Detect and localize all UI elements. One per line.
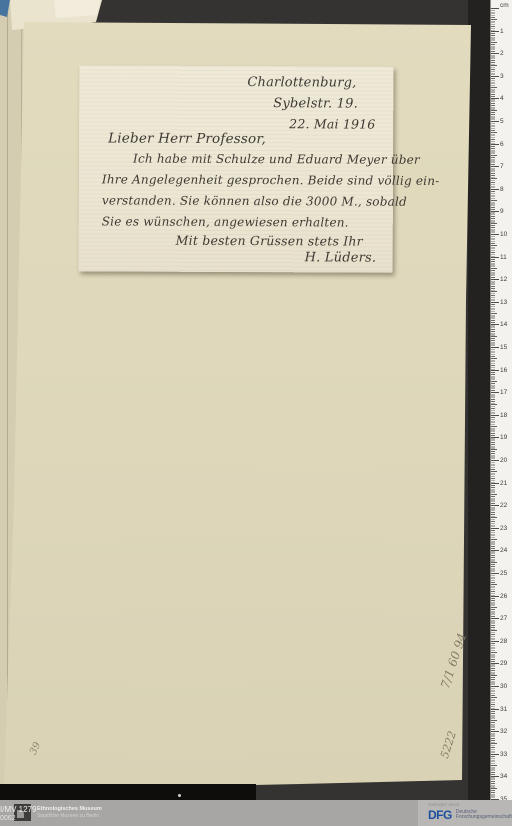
ruler-tick	[491, 144, 499, 145]
ruler-tick	[491, 449, 497, 450]
ruler-tick	[491, 630, 497, 631]
ruler-number: 2	[500, 50, 512, 57]
ruler-tick	[491, 211, 499, 212]
ruler-number: 4	[500, 95, 512, 102]
ruler-tick	[491, 697, 497, 698]
ruler-tick	[491, 166, 499, 167]
ruler-number: 27	[500, 615, 512, 622]
ruler-number: 14	[500, 321, 512, 328]
ruler: cm 1234567891011121314151617181920212223…	[490, 0, 512, 800]
ruler-tick	[491, 709, 499, 710]
ruler-tick	[491, 31, 499, 32]
ruler-tick	[491, 200, 497, 201]
ruler-tick	[491, 268, 497, 269]
ruler-number: 24	[500, 547, 512, 554]
ruler-number: 13	[500, 299, 512, 306]
ruler-tick	[491, 279, 499, 280]
ruler-tick	[491, 324, 499, 325]
ruler-tick	[491, 223, 497, 224]
ruler-number: 17	[500, 389, 512, 396]
ruler-number: 25	[500, 570, 512, 577]
ruler-number: 34	[500, 773, 512, 780]
ruler-number: 11	[500, 254, 512, 261]
ruler-tick	[491, 291, 497, 292]
ruler-tick	[491, 765, 497, 766]
ruler-tick	[491, 336, 497, 337]
ruler-tick	[491, 98, 499, 99]
footer-bar: Ethnologisches Museum Staatliche Museen …	[0, 800, 512, 826]
funding-label: Gefördert durch	[428, 802, 512, 807]
funding-name-line2: Forschungsgemeinschaft	[456, 814, 512, 820]
ruler-tick	[491, 42, 497, 43]
ruler-tick	[491, 8, 499, 9]
ruler-tick	[491, 675, 497, 676]
ruler-tick	[491, 313, 497, 314]
scanned-document-page: Charlottenburg, Sybelstr. 19. 22. Mai 19…	[0, 0, 512, 826]
ruler-tick	[491, 460, 499, 461]
ruler-number: 16	[500, 367, 512, 374]
ruler-tick	[491, 528, 499, 529]
ruler-tick	[491, 76, 499, 77]
dfg-logo: DFG	[428, 808, 452, 822]
ruler-number: 23	[500, 525, 512, 532]
ruler-number: 30	[500, 683, 512, 690]
ruler-number: 33	[500, 751, 512, 758]
ruler-tick	[491, 121, 499, 122]
ruler-tick	[491, 607, 497, 608]
dust-speck	[178, 794, 181, 797]
ruler-tick	[491, 550, 499, 551]
ruler-tick	[491, 302, 499, 303]
card-date-line: 22. Mai 1916	[289, 116, 375, 131]
card-body-line: Ich habe mit Schulze und Eduard Meyer üb…	[133, 152, 420, 167]
ruler-number: 9	[500, 208, 512, 215]
ruler-number: 32	[500, 728, 512, 735]
ruler-tick	[491, 132, 497, 133]
ruler-tick	[491, 573, 499, 574]
ruler-tick	[491, 189, 499, 190]
ruler-tick	[491, 596, 499, 597]
card-body-line: verstanden. Sie können also die 3000 M.,…	[102, 193, 407, 208]
ruler-tick	[491, 110, 497, 111]
ruler-number: 29	[500, 660, 512, 667]
ruler-tick	[491, 743, 497, 744]
ruler-number: 26	[500, 593, 512, 600]
ruler-tick	[491, 245, 497, 246]
ruler-tick	[491, 618, 499, 619]
card-signature: H. Lüders.	[305, 250, 377, 265]
ruler-tick	[491, 437, 499, 438]
ruler-unit-label: cm	[500, 2, 509, 9]
ruler-number: 31	[500, 706, 512, 713]
ruler-tick	[491, 539, 497, 540]
ruler-tick	[491, 562, 497, 563]
ruler-number: 8	[500, 186, 512, 193]
ruler-tick	[491, 404, 497, 405]
background-right-band	[468, 0, 492, 800]
ruler-tick	[491, 53, 499, 54]
ruler-tick	[491, 788, 497, 789]
ruler-tick	[491, 754, 499, 755]
ruler-number: 3	[500, 73, 512, 80]
ruler-tick	[491, 415, 499, 416]
ruler-tick	[491, 731, 499, 732]
ruler-number: 21	[500, 480, 512, 487]
ruler-number: 19	[500, 434, 512, 441]
ruler-tick	[491, 652, 497, 653]
ruler-tick	[491, 370, 499, 371]
ruler-tick	[491, 392, 499, 393]
ruler-tick	[491, 471, 497, 472]
ruler-tick	[491, 584, 497, 585]
ruler-tick	[491, 517, 497, 518]
ruler-tick	[491, 65, 497, 66]
ruler-tick	[491, 720, 497, 721]
ruler-tick	[491, 776, 499, 777]
ruler-tick	[491, 178, 497, 179]
ruler-tick	[491, 686, 499, 687]
ruler-number: 10	[500, 231, 512, 238]
card-body-line: Ihre Angelegenheit gesprochen. Beide sin…	[102, 172, 440, 187]
card-salutation: Lieber Herr Professor,	[108, 130, 266, 147]
card-street-line: Sybelstr. 19.	[273, 96, 358, 111]
ruler-tick	[491, 347, 499, 348]
ruler-tick	[491, 87, 497, 88]
ruler-number: 18	[500, 412, 512, 419]
ruler-tick	[491, 505, 499, 506]
ruler-number: 1	[500, 28, 512, 35]
ruler-tick	[491, 426, 497, 427]
ruler-tick	[491, 663, 499, 664]
funding-name: Deutsche Forschungsgemeinschaft	[456, 810, 512, 821]
ruler-number: 6	[500, 141, 512, 148]
ruler-number: 22	[500, 502, 512, 509]
ruler-number: 12	[500, 276, 512, 283]
ruler-tick	[491, 257, 499, 258]
ruler-number: 20	[500, 457, 512, 464]
handwritten-card: Charlottenburg, Sybelstr. 19. 22. Mai 19…	[79, 65, 394, 272]
ruler-tick	[491, 641, 499, 642]
ruler-tick	[491, 483, 499, 484]
ruler-tick	[491, 358, 497, 359]
card-city-line: Charlottenburg,	[247, 75, 356, 90]
ruler-number: 28	[500, 638, 512, 645]
ruler-tick	[491, 494, 497, 495]
ruler-tick	[491, 19, 497, 20]
ruler-tick	[491, 381, 497, 382]
ruler-tick	[491, 155, 497, 156]
card-closing: Mit besten Grüssen stets Ihr	[176, 233, 363, 249]
card-body-line: Sie es wünschen, angewiesen erhalten.	[102, 214, 349, 229]
funding-block: Gefördert durch DFG Deutsche Forschungsg…	[428, 802, 512, 822]
ruler-tick	[491, 234, 499, 235]
ruler-number: 7	[500, 163, 512, 170]
ruler-number: 15	[500, 344, 512, 351]
ruler-number: 5	[500, 118, 512, 125]
